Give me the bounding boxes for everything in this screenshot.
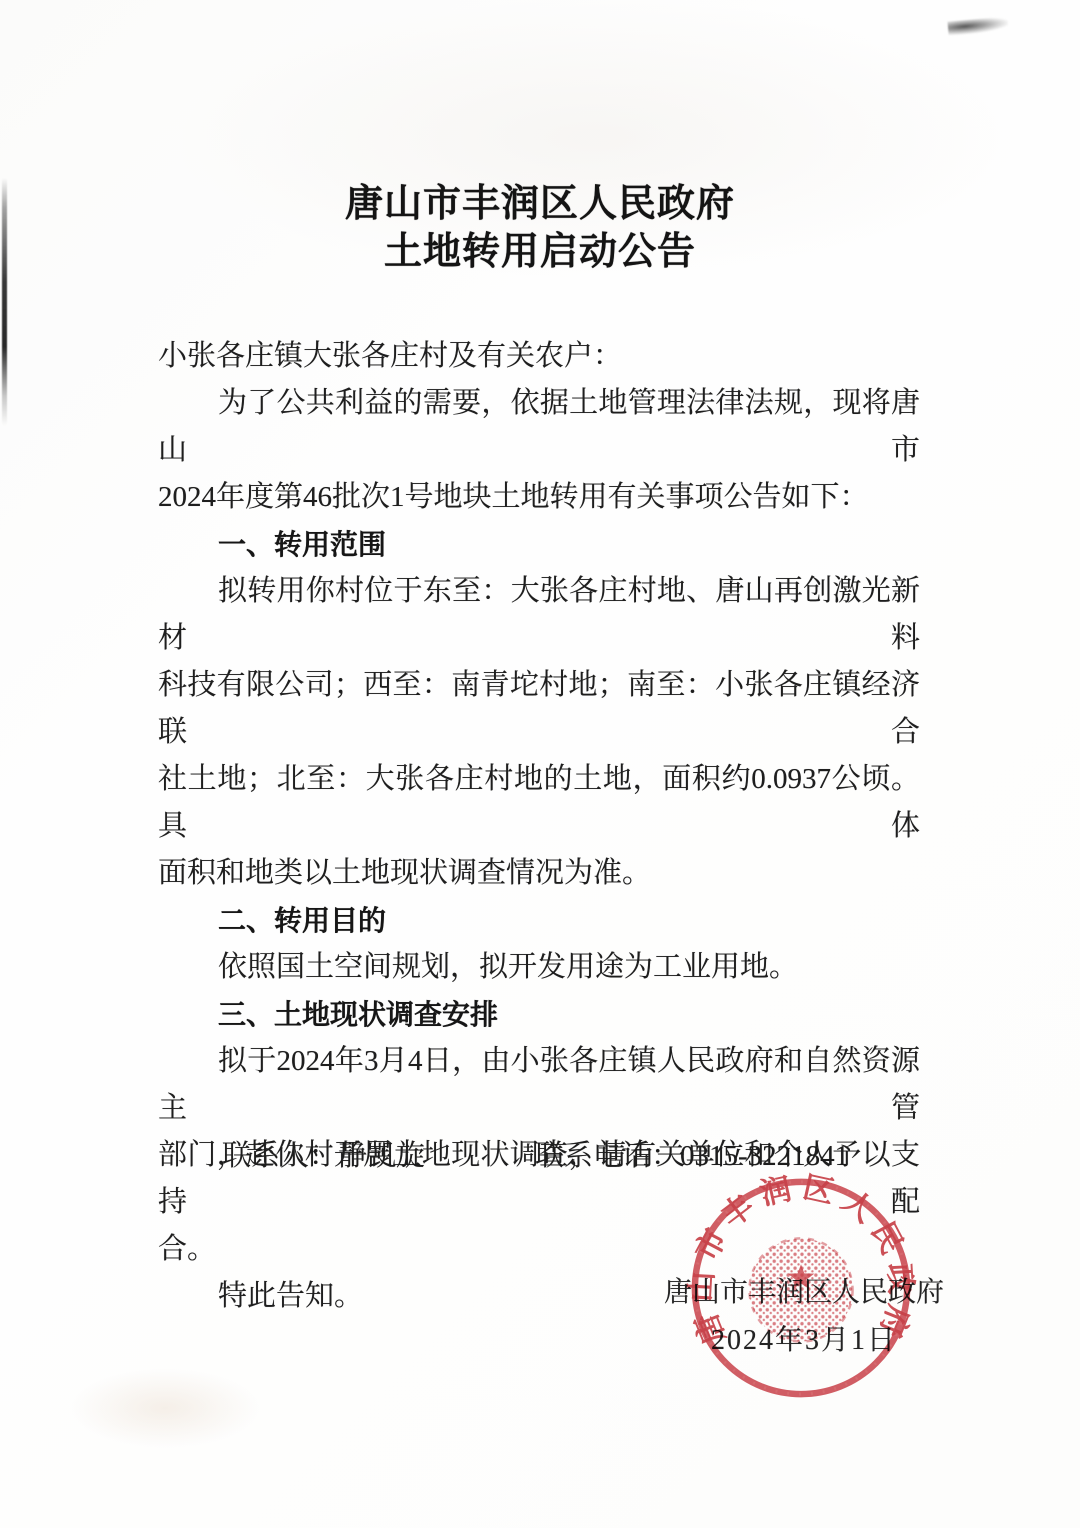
scanned-notice-page: 唐山市丰润区人民政府 土地转用启动公告 小张各庄镇大张各庄村及有关农户： 为了公…: [0, 0, 1080, 1528]
title-issuer-line: 唐山市丰润区人民政府: [0, 180, 1080, 228]
document-title: 唐山市丰润区人民政府 土地转用启动公告: [0, 180, 1080, 276]
section-1-line-4: 面积和地类以土地现状调查情况为准。: [158, 850, 920, 897]
salutation: 小张各庄镇大张各庄村及有关农户：: [158, 333, 920, 380]
section-3-line-1: 拟于2024年3月4日，由小张各庄镇人民政府和自然资源主管: [158, 1038, 920, 1132]
section-1-line-3: 社土地；北至：大张各庄村地的土地，面积约0.0937公顷。具体: [158, 756, 920, 850]
official-seal-stamp: 唐山市丰润区人民政府: [682, 1169, 920, 1407]
scan-artifact-blotch: [70, 1368, 260, 1448]
intro-line-2: 2024年度第46批次1号地块土地转用有关事项公告如下：: [158, 474, 920, 521]
section-2-heading: 二、转用目的: [158, 897, 920, 944]
title-subject-line: 土地转用启动公告: [0, 228, 1080, 276]
section-1-line-2: 科技有限公司；西至：南青坨村地；南至：小张各庄镇经济联合: [158, 662, 920, 756]
section-1-line-1: 拟转用你村位于东至：大张各庄村地、唐山再创激光新材料: [158, 568, 920, 662]
section-3-heading: 三、土地现状调查安排: [158, 991, 920, 1038]
intro-line-1: 为了公共利益的需要，依据土地管理法律法规，现将唐山市: [158, 380, 920, 474]
scan-artifact-top-smudge: [948, 16, 1009, 35]
contact-person: 联系人：静凯旋: [222, 1133, 425, 1180]
section-2-line-1: 依照国土空间规划，拟开发用途为工业用地。: [158, 944, 920, 991]
section-1-heading: 一、转用范围: [158, 521, 920, 568]
